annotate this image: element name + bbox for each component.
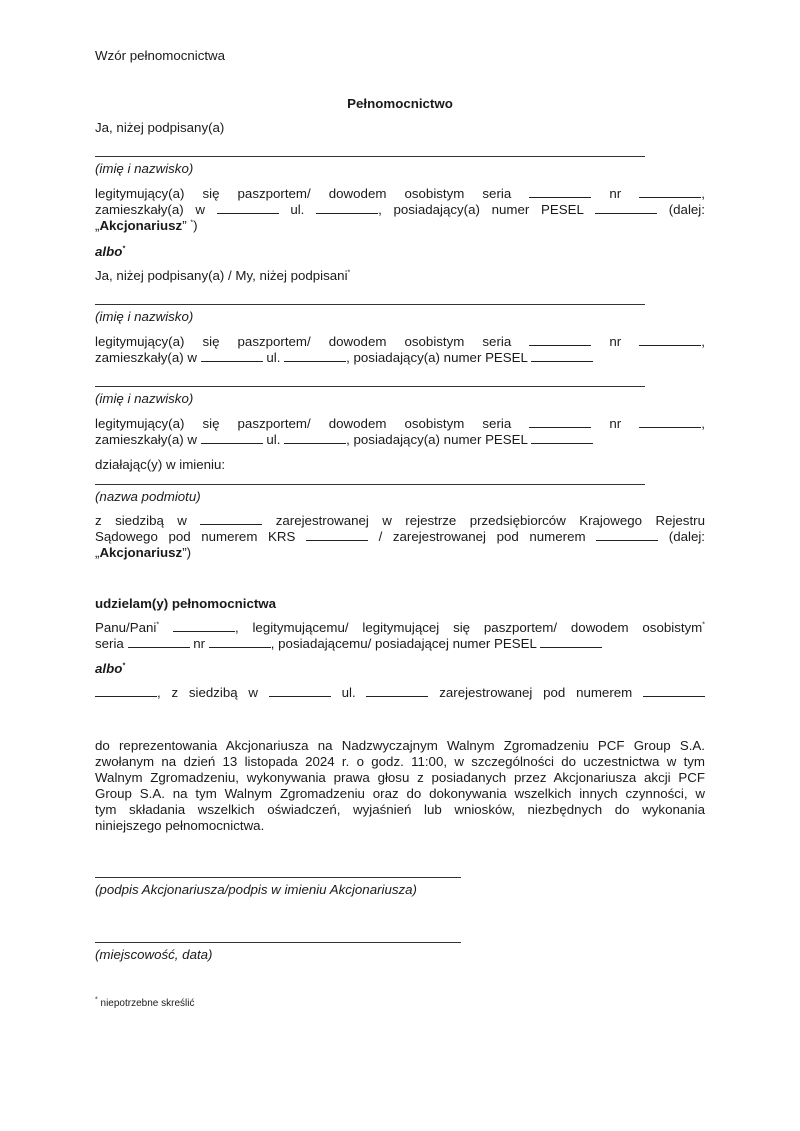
- attorney-entity-field[interactable]: [95, 685, 157, 697]
- seria-field[interactable]: [529, 186, 591, 198]
- signature-field-line[interactable]: [95, 877, 461, 878]
- place-date-field-line[interactable]: [95, 942, 461, 943]
- attorney-name-field[interactable]: [173, 620, 235, 632]
- reg-number-field[interactable]: [596, 529, 658, 541]
- pesel-field[interactable]: [531, 432, 593, 444]
- name-field-line[interactable]: [95, 156, 645, 157]
- dalej-text: (dalej:: [669, 202, 705, 217]
- entity-line-2: Sądowego pod numerem KRS / zarejestrowan…: [95, 529, 705, 545]
- street-field[interactable]: [316, 202, 378, 214]
- intro-text-2: Ja, niżej podpisany(a) / My, niżej podpi…: [95, 268, 350, 284]
- id-line-2: zamieszkały(a) w ul. , posiadający(a) nu…: [95, 350, 593, 366]
- or-label: albo*: [95, 244, 125, 260]
- city-field[interactable]: [201, 350, 263, 362]
- document-header: Wzór pełnomocnictwa: [95, 48, 225, 64]
- grant-entity-line: , z siedzibą w ul. zarejestrowanej pod n…: [95, 685, 705, 701]
- id-line-1: legitymujący(a) się paszportem/ dowodem …: [95, 186, 705, 202]
- pesel-field[interactable]: [595, 202, 657, 214]
- city-field[interactable]: [217, 202, 279, 214]
- pesel-text: , posiadający(a) numer PESEL: [378, 202, 583, 217]
- akcjonariusz-def: „Akcjonariusz” *): [95, 218, 198, 234]
- nr-field[interactable]: [639, 186, 701, 198]
- scope-line: do reprezentowania Akcjonariusza na Nadz…: [95, 738, 705, 754]
- city-field[interactable]: [201, 432, 263, 444]
- or-label: albo*: [95, 661, 125, 677]
- grant-line-1: Panu/Pani* , legitymującemu/ legitymując…: [95, 620, 705, 636]
- attorney-nr-field[interactable]: [209, 636, 271, 648]
- krs-field[interactable]: [306, 529, 368, 541]
- scope-line: Group S.A. na tym Walnym Zgromadzeniu or…: [95, 786, 705, 802]
- id-line-2: zamieszkały(a) w ul. , posiadający(a) nu…: [95, 432, 593, 448]
- grant-line-2: seria nr , posiadającemu/ posiadającej n…: [95, 636, 602, 652]
- akcjonariusz-def-2: „Akcjonariusz”): [95, 545, 191, 561]
- intro-text: Ja, niżej podpisany(a): [95, 120, 224, 136]
- seria-field[interactable]: [529, 416, 591, 428]
- attorney-entity-city-field[interactable]: [269, 685, 331, 697]
- signature-label: (podpis Akcjonariusza/podpis w imieniu A…: [95, 882, 417, 898]
- scope-line: tym składania wszelkich oświadczeń, wyja…: [95, 802, 705, 818]
- scope-line: zwołanym na dzień 13 listopada 2024 r. o…: [95, 754, 705, 770]
- name-label: (imię i nazwisko): [95, 391, 193, 407]
- pesel-field[interactable]: [531, 350, 593, 362]
- name-label: (imię i nazwisko): [95, 309, 193, 325]
- street-field[interactable]: [284, 432, 346, 444]
- id-line-2: zamieszkały(a) w ul. , posiadający(a) nu…: [95, 202, 705, 218]
- grant-heading: udzielam(y) pełnomocnictwa: [95, 596, 276, 612]
- nr-field[interactable]: [639, 416, 701, 428]
- entity-city-field[interactable]: [200, 513, 262, 525]
- attorney-entity-street-field[interactable]: [366, 685, 428, 697]
- attorney-seria-field[interactable]: [128, 636, 190, 648]
- footnote: * niepotrzebne skreślić: [95, 996, 194, 1012]
- acting-for-text: działając(y) w imieniu:: [95, 457, 225, 473]
- entity-name-field-line[interactable]: [95, 484, 645, 485]
- place-date-label: (miejscowość, data): [95, 947, 213, 963]
- attorney-entity-number-field[interactable]: [643, 685, 705, 697]
- nr-field[interactable]: [639, 334, 701, 346]
- id-line-1: legitymujący(a) się paszportem/ dowodem …: [95, 416, 705, 432]
- entity-line-1: z siedzibą w zarejestrowanej w rejestrze…: [95, 513, 705, 529]
- name-field-line[interactable]: [95, 304, 645, 305]
- document-title: Pełnomocnictwo: [0, 96, 800, 111]
- street-text: ul.: [290, 202, 304, 217]
- id-line-1: legitymujący(a) się paszportem/ dowodem …: [95, 334, 705, 350]
- address-text: zamieszkały(a) w: [95, 202, 205, 217]
- street-field[interactable]: [284, 350, 346, 362]
- scope-line: niniejszego pełnomocnictwa.: [95, 818, 264, 834]
- name-field-line[interactable]: [95, 386, 645, 387]
- name-label: (imię i nazwisko): [95, 161, 193, 177]
- scope-line: Walnym Zgromadzeniu, wykonywania prawa g…: [95, 770, 705, 786]
- akcjonariusz-bold: Akcjonariusz: [99, 218, 182, 233]
- entity-label: (nazwa podmiotu): [95, 489, 201, 505]
- attorney-pesel-field[interactable]: [540, 636, 602, 648]
- seria-field[interactable]: [529, 334, 591, 346]
- id-text: legitymujący(a) się paszportem/ dowodem …: [95, 186, 511, 201]
- nr-text: nr: [609, 186, 621, 201]
